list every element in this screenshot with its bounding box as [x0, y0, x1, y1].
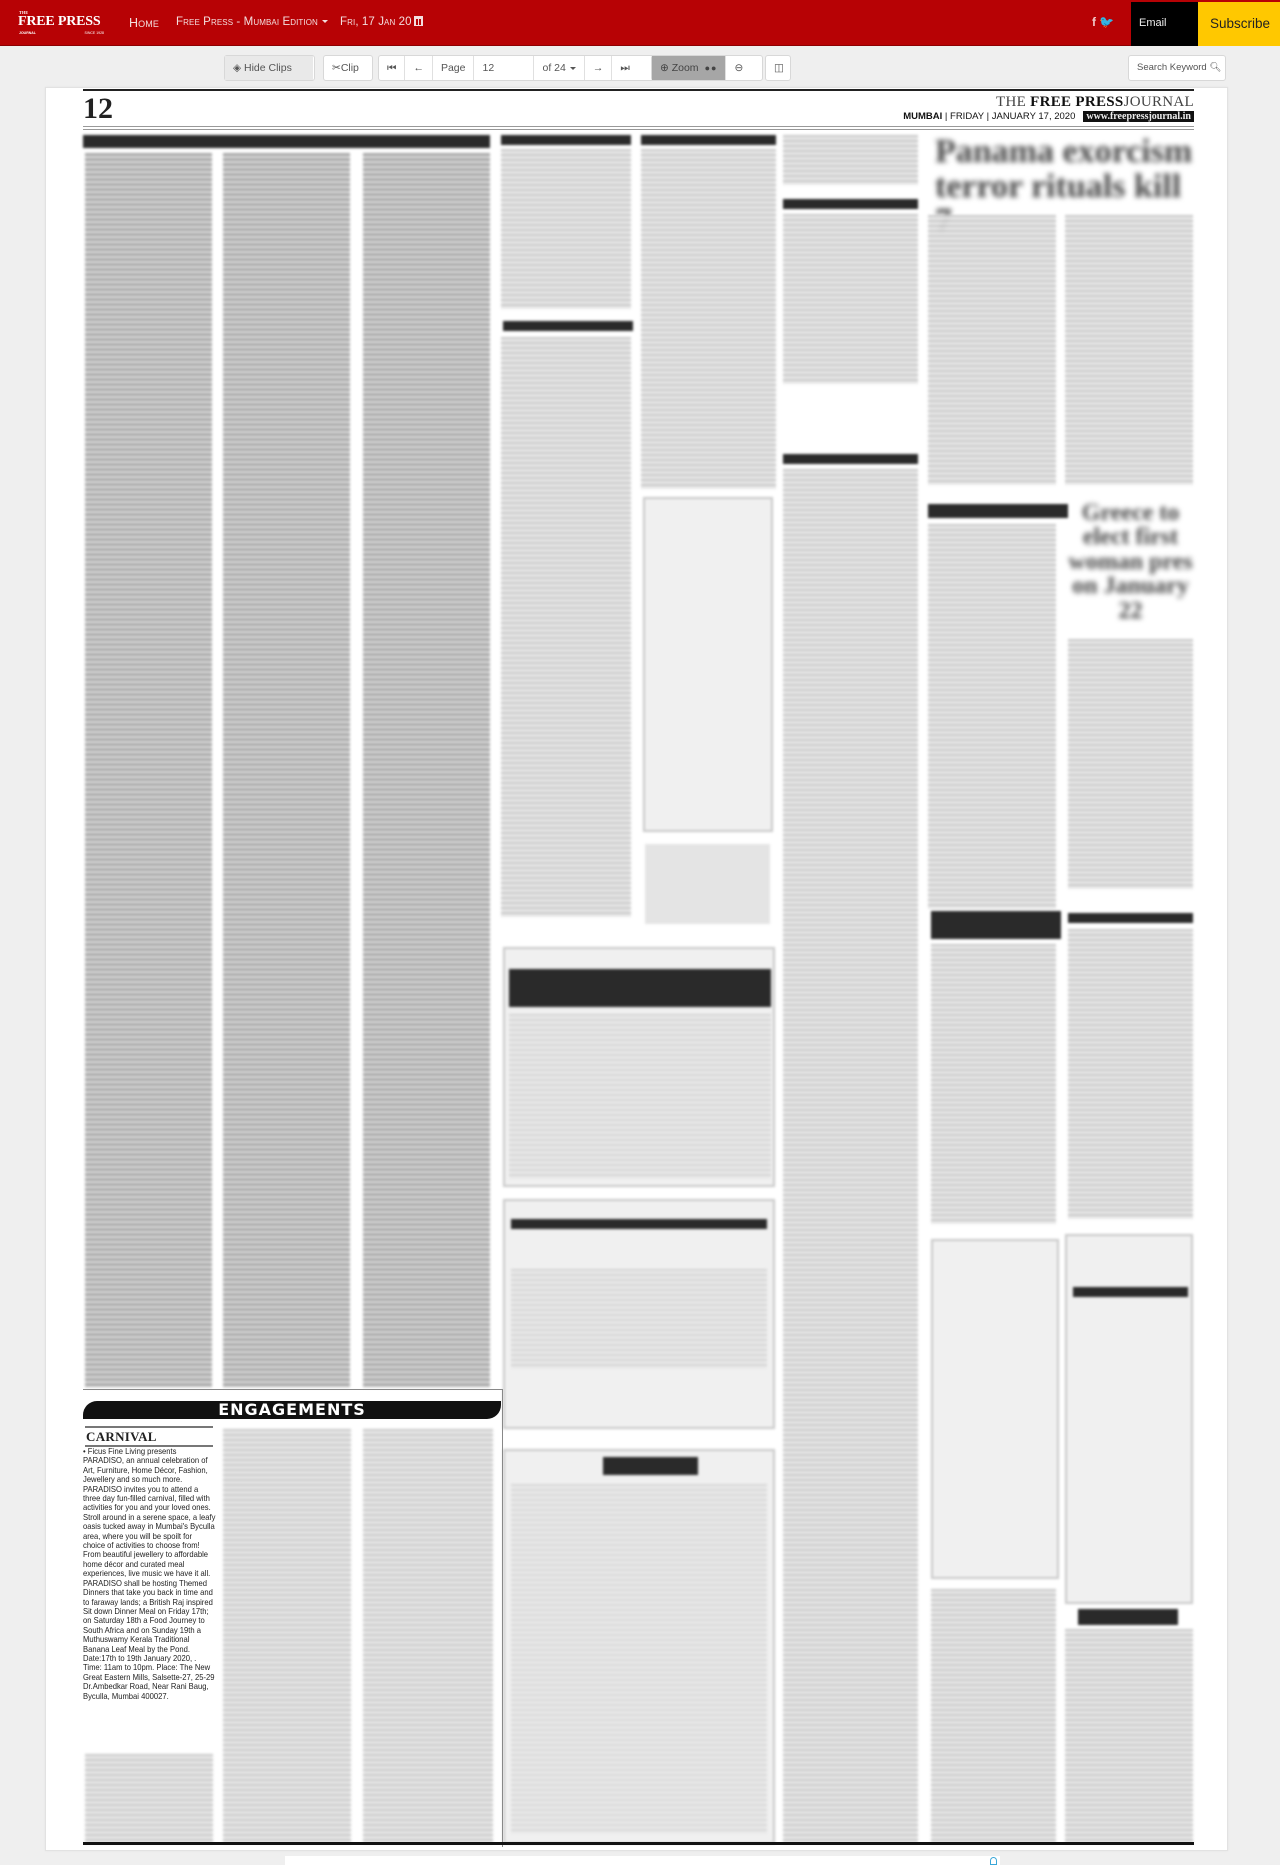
date-label: Fri, 17 Jan 20 [340, 16, 412, 28]
scan-column [641, 149, 776, 489]
section-header-bar [641, 135, 776, 145]
logo-since: SINCE 1928 [85, 31, 104, 35]
scan-column [928, 524, 1056, 909]
scan-column [363, 153, 490, 1388]
logo-journal: JOURNAL [19, 31, 36, 35]
nav-home-link[interactable]: Home [129, 16, 159, 30]
page-number: 12 [83, 92, 113, 126]
section-header-bar [503, 321, 633, 331]
story-text [928, 215, 1056, 485]
scan-column [223, 153, 350, 1388]
scan-column [783, 469, 918, 1844]
search-box[interactable]: Search Keyword 🔍︎ [1128, 55, 1226, 81]
scan-column [223, 1429, 351, 1844]
edition-dropdown[interactable]: Free Press - Mumbai Edition [176, 16, 328, 28]
section-header-bar [1068, 913, 1193, 923]
zoom-level-dots: ●● [705, 63, 718, 73]
facebook-icon[interactable]: f [1092, 15, 1096, 29]
edition-label: Free Press - Mumbai Edition [176, 16, 318, 28]
eye-slash-icon: ◈ [233, 62, 244, 74]
headline-greece: Greece to elect first woman pres on Janu… [1068, 501, 1193, 623]
page-label: Page [433, 56, 475, 80]
section-header-bar [783, 454, 918, 464]
viewer-toolbar: ◈ Hide Clips ✂Clip ⏮ ← Page of 24 → ⏭ ⊕ … [0, 55, 1280, 85]
pager-group: ⏮ ← Page of 24 → ⏭ [378, 55, 658, 81]
notice-box [931, 1239, 1059, 1579]
zoom-group: ⊕ Zoom●● ⊖ [651, 55, 763, 81]
section-header-bar [1078, 1609, 1178, 1625]
bottom-rule [83, 1842, 1194, 1845]
columns-toggle-button[interactable]: ◫ [766, 56, 792, 80]
prev-page-button[interactable]: ← [405, 56, 433, 80]
clip-button[interactable]: ✂Clip [324, 56, 367, 80]
clip-group: ✂Clip [323, 55, 373, 81]
next-page-button[interactable]: → [585, 56, 613, 80]
top-navbar: THE FREE PRESS JOURNAL SINCE 1928 Home F… [0, 0, 1280, 46]
page-total-dropdown[interactable]: of 24 [534, 56, 584, 80]
scan-column [501, 337, 631, 917]
hide-clips-button[interactable]: ◈ Hide Clips [225, 56, 313, 80]
carnival-heading: CARNIVAL [85, 1426, 213, 1447]
section-header-bar [783, 199, 918, 209]
section-header-bar [928, 504, 1068, 518]
scan-text [509, 1014, 771, 1179]
scan-table [511, 1484, 767, 1834]
ad-info-icon[interactable] [990, 1857, 997, 1865]
blank-box [645, 844, 770, 924]
company-notice-banner [509, 969, 771, 1007]
columns-group: ◫ [765, 55, 791, 81]
scan-column [501, 149, 631, 309]
header-rule [83, 126, 1194, 130]
scan-column [783, 135, 918, 185]
ad-strip[interactable] [285, 1856, 1000, 1865]
section-header-bar [83, 135, 490, 148]
engagements-banner: ENGAGEMENTS [83, 1401, 501, 1419]
zoom-in-button[interactable]: ⊕ Zoom●● [652, 56, 726, 80]
last-page-button[interactable]: ⏭ [612, 56, 637, 80]
scan-column [1065, 1629, 1193, 1844]
newspaper-page[interactable]: 12 THE FREE PRESSJOURNAL MUMBAI | FRIDAY… [83, 89, 1194, 1847]
scan-column [931, 1589, 1056, 1844]
page-number-input[interactable] [474, 56, 534, 80]
scan-column [85, 153, 212, 1388]
caret-down-icon [570, 67, 576, 70]
tender-banner [511, 1219, 767, 1229]
section-header-bar [501, 135, 631, 145]
scan-column [1068, 929, 1193, 1219]
date-picker[interactable]: Fri, 17 Jan 20 [340, 16, 423, 28]
carnival-body-text: • Ficus Fine Living presents PARADISO, a… [83, 1447, 215, 1701]
search-input[interactable]: Search Keyword 🔍︎ [1129, 56, 1229, 80]
notice-box [643, 497, 773, 832]
ad-banner [931, 911, 1061, 939]
scan-column [931, 944, 1056, 1224]
brand-logo[interactable]: THE FREE PRESS JOURNAL SINCE 1928 [18, 10, 104, 36]
logo-name: FREE PRESS [18, 14, 100, 30]
masthead-title: THE FREE PRESSJOURNAL [903, 94, 1194, 111]
section-header-bar [1073, 1287, 1188, 1297]
email-input[interactable]: Email [1131, 2, 1198, 46]
masthead: THE FREE PRESSJOURNAL MUMBAI | FRIDAY | … [903, 94, 1194, 122]
top-rule [83, 89, 1194, 91]
masthead-url: www.freepressjournal.in [1083, 111, 1194, 122]
search-icon: 🔍︎ [1209, 62, 1221, 73]
zoom-out-button[interactable]: ⊖ [726, 56, 751, 80]
twitter-icon[interactable]: 🐦 [1099, 15, 1114, 29]
subscribe-button[interactable]: Subscribe [1198, 2, 1280, 46]
scan-column [783, 214, 918, 384]
zoom-in-icon: ⊕ [660, 62, 672, 74]
first-page-button[interactable]: ⏮ [379, 56, 405, 80]
scan-column [363, 1429, 493, 1844]
social-links: f🐦 [1092, 15, 1117, 29]
scan-column [85, 1754, 213, 1844]
municipal-logo [603, 1457, 698, 1475]
scissors-icon: ✂ [332, 62, 341, 74]
calendar-icon [414, 16, 423, 26]
story-text [1065, 215, 1193, 485]
hide-clips-group: ◈ Hide Clips [224, 55, 315, 81]
caret-down-icon [322, 20, 328, 23]
story-text [1068, 639, 1193, 889]
masthead-dateline: MUMBAI | FRIDAY | JANUARY 17, 2020www.fr… [903, 111, 1194, 122]
scan-table [511, 1269, 767, 1369]
